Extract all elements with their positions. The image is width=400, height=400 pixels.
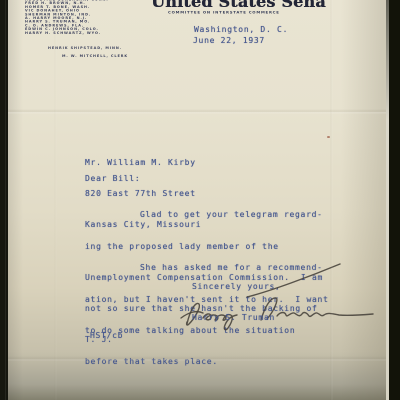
crease [330,0,333,400]
senate-masthead: United States Senate [151,0,326,7]
mat-right [389,0,400,400]
address-line: Mr. William M. Kirby [85,158,201,168]
org-title: United States Senate [151,0,326,7]
body-line: before that takes place. [85,357,329,367]
member-row-shipstead: HENRIK SHIPSTEAD, MINN. [48,46,176,53]
clerk-line: M. W. MITCHELL, CLERK [62,54,176,61]
date-line: June 22, 1937 [193,36,265,46]
ink-speck [327,136,330,138]
typed-name: Harry S. Truman [192,313,275,323]
letter-paper: AUGUSTINE LONERGAN, CONN. FRED H. BROWN,… [8,0,386,400]
committee-line: COMMITTEE ON INTERSTATE COMMERCE [168,10,371,18]
typist-reference: HST/cb [90,331,123,341]
place-line: Washington, D. C. [194,25,288,35]
signature [173,256,388,336]
member-list: AUGUSTINE LONERGAN, CONN. FRED H. BROWN,… [25,0,169,62]
crease [8,109,386,114]
member-row: HARRY H. SCHWARTZ, WYO. [25,31,109,35]
mat-left-highlight [5,0,6,400]
body-line: Glad to get your telegram regard- [85,210,323,220]
framed-letter-photo: AUGUSTINE LONERGAN, CONN. FRED H. BROWN,… [0,0,400,400]
salutation: Dear Bill: [85,174,140,184]
